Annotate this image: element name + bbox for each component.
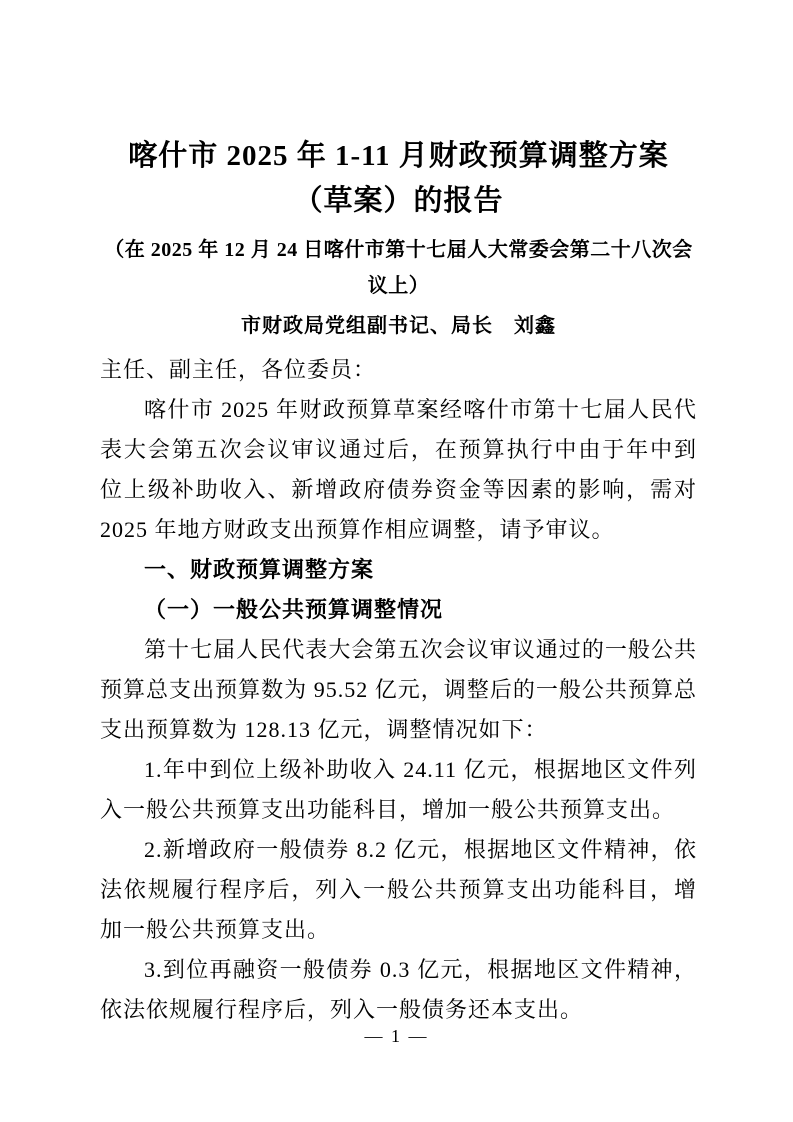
section-1-heading: 一、财政预算调整方案 <box>100 550 697 590</box>
adjustment-item-1: 1.年中到位上级补助收入 24.11 亿元，根据地区文件列入一般公共预算支出功能… <box>100 750 697 830</box>
page-number: — 1 — <box>0 1022 793 1050</box>
adjustment-item-3: 3.到位再融资一般债券 0.3 亿元，根据地区文件精神，依法依规履行程序后，列入… <box>100 950 697 1030</box>
author-byline: 市财政局党组副书记、局长 刘鑫 <box>100 310 697 342</box>
document-title-line2: （草案）的报告 <box>100 179 697 224</box>
adjustment-item-2: 2.新增政府一般债券 8.2 亿元，根据地区文件精神，依法依规履行程序后，列入一… <box>100 830 697 950</box>
document-title: 喀什市 2025 年 1-11 月财政预算调整方案 （草案）的报告 <box>100 134 697 224</box>
document-body: 主任、副主任，各位委员： 喀什市 2025 年财政预算草案经喀什市第十七届人民代… <box>100 350 697 1030</box>
document-page: 喀什市 2025 年 1-11 月财政预算调整方案 （草案）的报告 （在 202… <box>0 0 793 1122</box>
intro-paragraph: 喀什市 2025 年财政预算草案经喀什市第十七届人民代表大会第五次会议审议通过后… <box>100 390 697 550</box>
document-title-line1: 喀什市 2025 年 1-11 月财政预算调整方案 <box>100 134 697 179</box>
meeting-subtitle: （在 2025 年 12 月 24 日喀什市第十七届人大常委会第二十八次会议上） <box>100 232 697 304</box>
document-content: 喀什市 2025 年 1-11 月财政预算调整方案 （草案）的报告 （在 202… <box>100 134 697 1030</box>
salutation: 主任、副主任，各位委员： <box>100 350 697 390</box>
section-1-sub-1-intro: 第十七届人民代表大会第五次会议审议通过的一般公共预算总支出预算数为 95.52 … <box>100 630 697 750</box>
section-1-sub-1-heading: （一）一般公共预算调整情况 <box>100 590 697 630</box>
